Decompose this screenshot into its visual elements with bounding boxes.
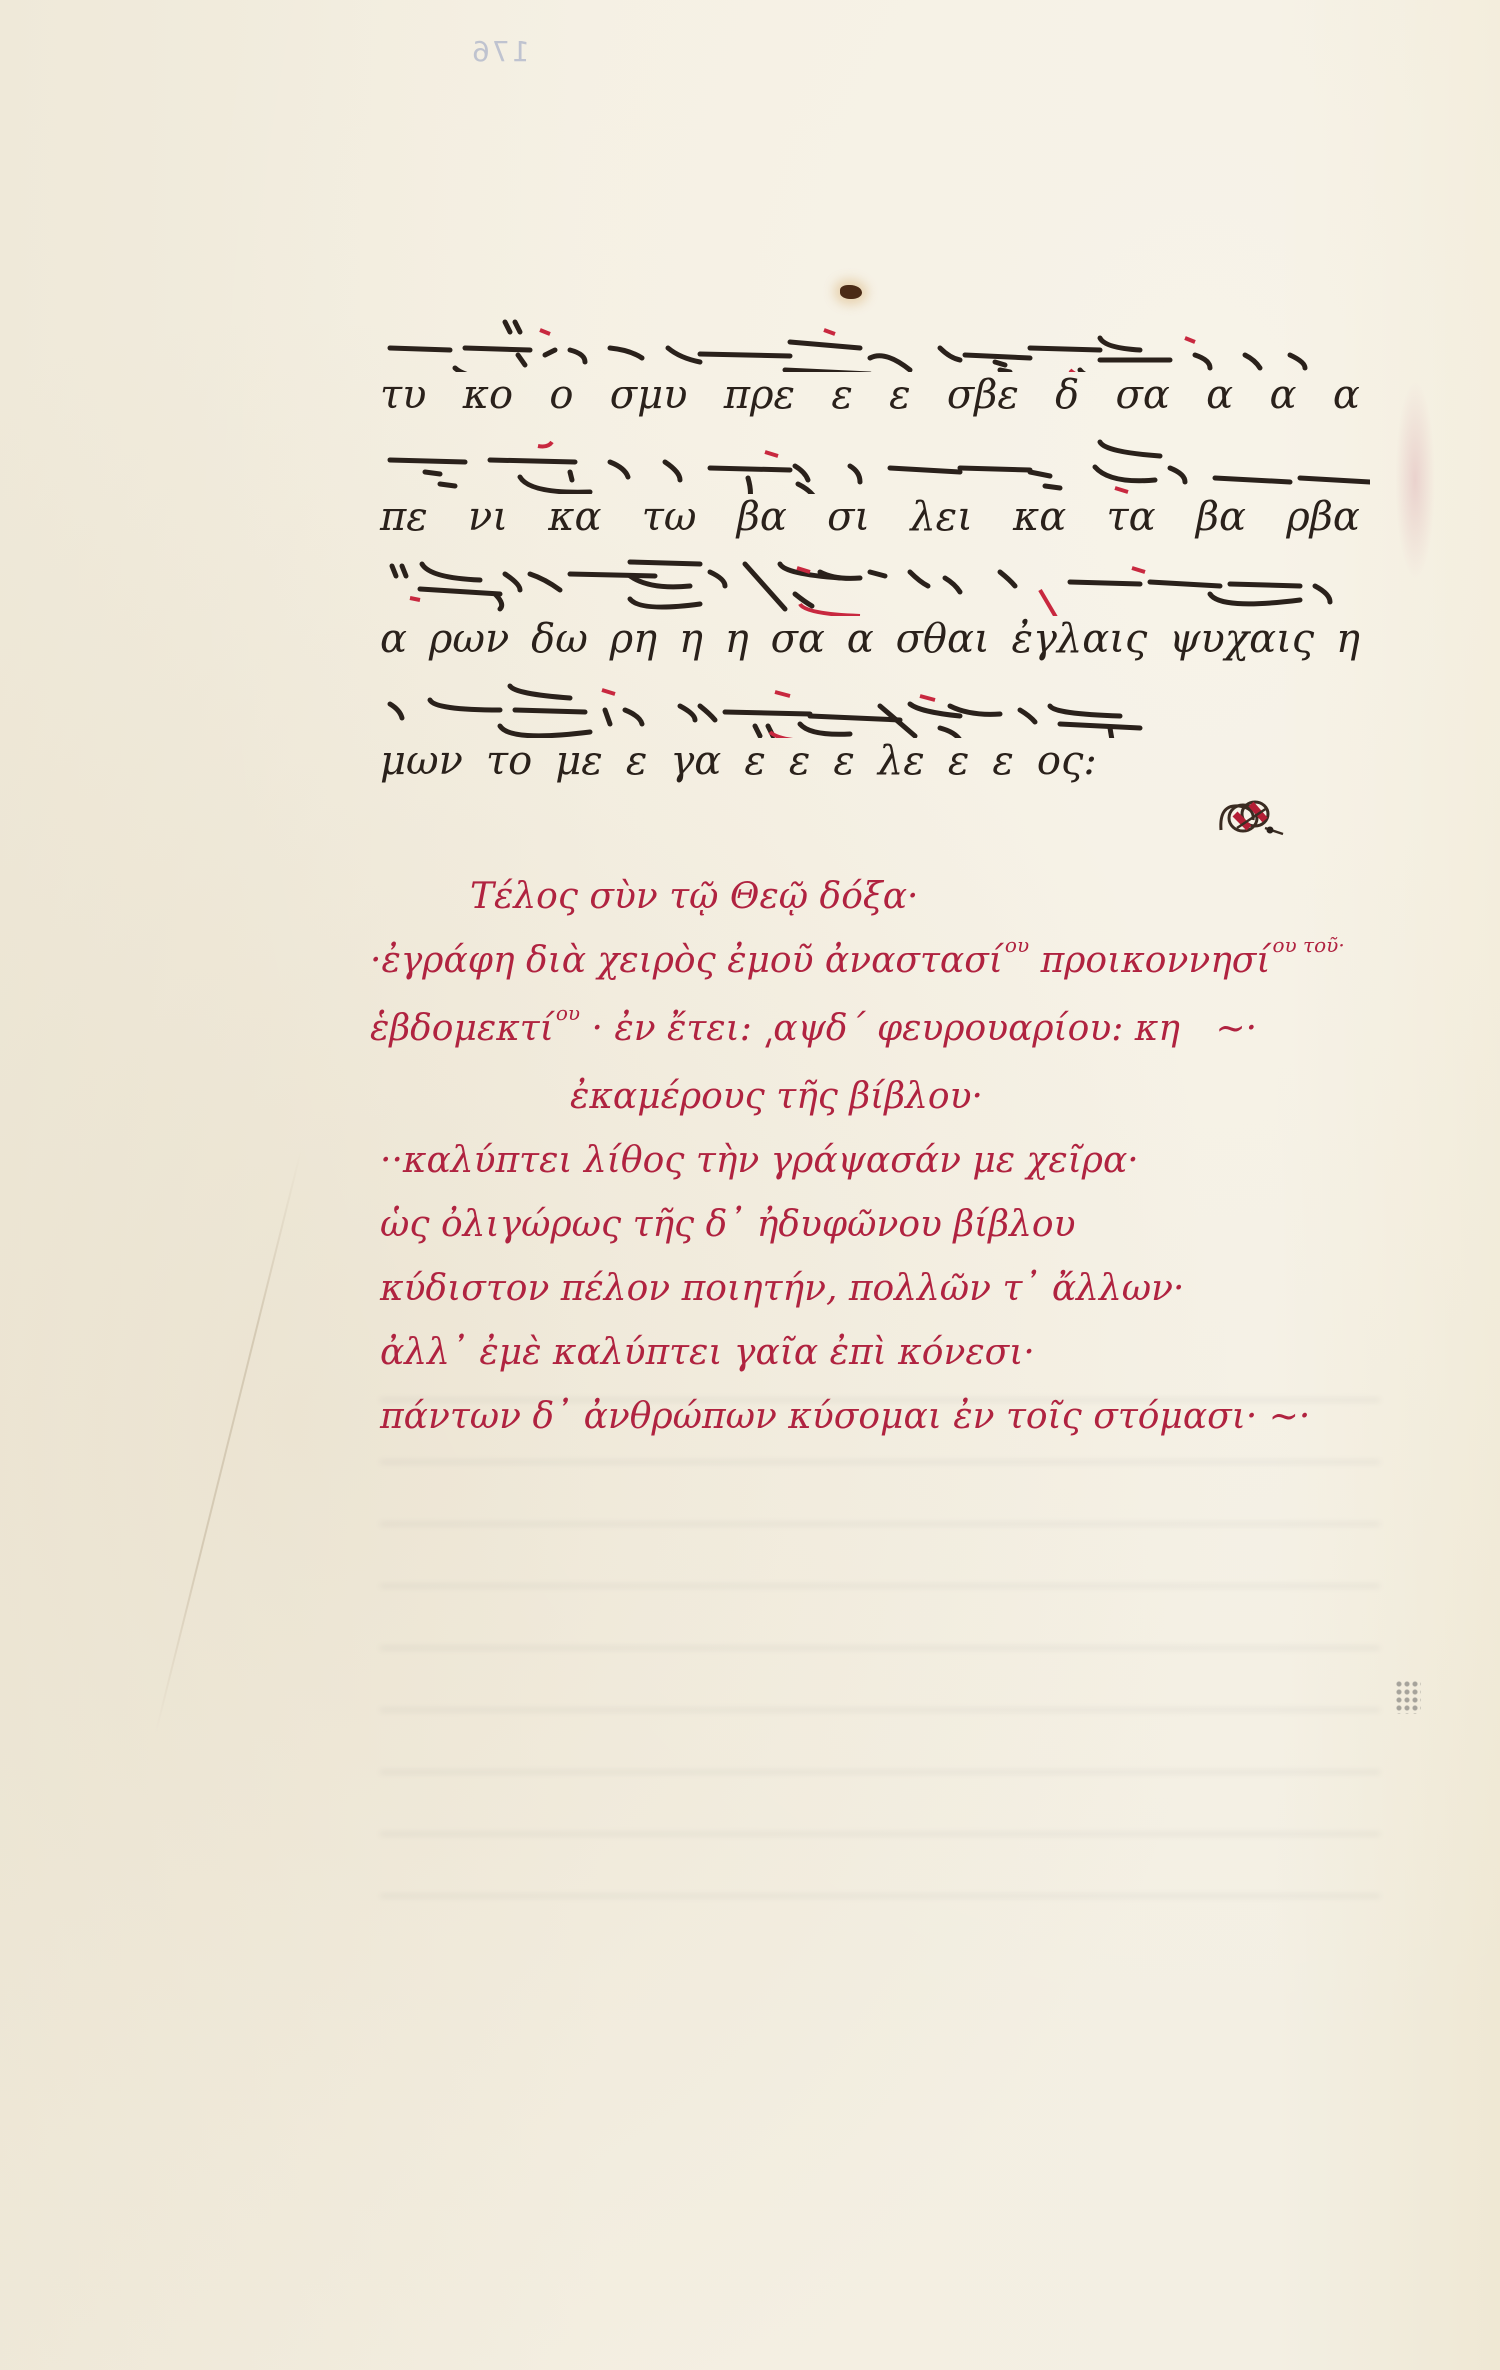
lyric-syllable: δω [531,616,588,676]
lyric-syllable: τω [642,494,697,554]
neume-row [380,676,1370,738]
lyric-syllable: α [1206,372,1233,432]
lyric-syllable: πε [380,494,428,554]
abbreviation-superscript: ου τοῦ· [1273,933,1345,957]
neumes-icon [380,310,1370,372]
lyric-syllable: βα [1196,494,1246,554]
colophon-text: ·ἐγράφη διὰ χειρὸς ἐμοῦ ἀναστασί [370,940,1003,981]
colophon-text: ἑβδομεκτί [370,1008,554,1049]
lyric-syllable: σθαι [896,616,990,676]
neume-row [380,432,1370,494]
colophon-line: ἐκαμέρους τῆς βίβλου· [370,1065,1420,1129]
lyric-syllable: ε [744,738,765,798]
manuscript-page: 176 [0,0,1500,2370]
lyric-syllable: α [847,616,874,676]
colophon-line: ἑβδομεκτίου · ἐν ἔτει: ͵αψδ΄ φευρουαρίου… [370,997,1420,1065]
abbreviation-superscript: ου [556,1001,580,1025]
lyric-syllable: γα [670,738,721,798]
lyric-syllable: ρβα [1286,494,1360,554]
lyric-syllable: τυ [380,372,426,432]
lyric-syllable: ο [549,372,573,432]
lyric-row: μων το με ε γα ε ε ε λε ε ε ος: [380,738,1370,798]
lyric-syllable: ρων [429,616,509,676]
lyric-syllable: η [1336,616,1360,676]
lyric-syllable: ε [889,372,910,432]
lyric-row: πε νι κα τω βα σι λει κα τα βα ρβα [380,494,1370,554]
lyric-syllable: ε [831,372,852,432]
lyric-syllable: σι [827,494,870,554]
music-system-2: πε νι κα τω βα σι λει κα τα βα ρβα [380,432,1370,554]
lyric-syllable: σα [1116,372,1170,432]
lyric-syllable: το [486,738,532,798]
lyric-syllable: βα [737,494,787,554]
colophon-date: · ἐν ἔτει: ͵αψδ΄ φευρουαρίου: κη [592,1008,1180,1049]
lyric-syllable: ρη [610,616,657,676]
lyric-syllable: α [380,616,407,676]
lyric-syllable: με [555,738,602,798]
lyric-syllable: κα [548,494,601,554]
neumes-icon [380,676,1370,738]
paper-crease [155,1150,302,1733]
end-flourish: ~· [1215,1008,1257,1049]
lyric-syllable: λει [910,494,973,554]
colophon: Τέλος σὺν τῷ Θεῷ δόξα· ·ἐγράφη διὰ χειρὸ… [370,865,1420,1449]
lyric-syllable: ψυχαις [1169,616,1314,676]
knot-ornament-icon [1215,790,1285,840]
foxing-spot [1395,1680,1421,1714]
ink-stain [840,285,862,299]
lyric-syllable: η [725,616,749,676]
music-system-4: μων το με ε γα ε ε ε λε ε ε ος: [380,676,1370,798]
lyric-syllable: κο [463,372,513,432]
verse-line: κύδιστον πέλον ποιητήν, πολλῶν τ᾽ ἄλλων· [370,1257,1420,1321]
colophon-line: ·ἐγράφη διὰ χειρὸς ἐμοῦ ἀναστασίου προικ… [370,929,1420,997]
lyric-syllable: ε [626,738,647,798]
lyric-syllable: ε [948,738,969,798]
verse-line: πάντων δ᾽ ἀνθρώπων κύσομαι ἐν τοῖς στόμα… [370,1385,1420,1449]
folio-number: 176 [470,35,529,68]
lyric-row: α ρων δω ρη η η σα α σθαι ἐγλαις ψυχαις … [380,616,1370,676]
lyric-syllable: ε [992,738,1013,798]
lyric-syllable: σβε [947,372,1019,432]
lyric-syllable: ος: [1037,738,1097,798]
neume-row [380,310,1370,372]
lyric-syllable: σμυ [610,372,688,432]
music-system-1: τυ κο ο σμυ πρε ε ε σβε δ σα α α α [380,310,1370,432]
lyric-syllable: α [1333,372,1360,432]
abbreviation-superscript: ου [1005,933,1029,957]
colophon-title: Τέλος σὺν τῷ Θεῷ δόξα· [370,865,1420,929]
lyric-syllable: λε [878,738,925,798]
verse-line: ὡς ὀλιγώρως τῆς δ᾽ ἠδυφῶνου βίβλου [370,1193,1420,1257]
colophon-text: προικοννησί [1041,940,1271,981]
lyric-syllable: ἐγλαις [1011,616,1147,676]
lyric-syllable: πρε [724,372,795,432]
bleed-through-red-initial [1395,380,1435,580]
lyric-syllable: α [1269,372,1296,432]
lyric-row: τυ κο ο σμυ πρε ε ε σβε δ σα α α α [380,372,1370,432]
neumes-icon [380,432,1370,494]
verse-line: ··καλύπτει λίθος τὴν γράψασάν με χεῖρα· [370,1129,1420,1193]
lyric-syllable: μων [380,738,463,798]
verse-line: ἀλλ᾽ ἐμὲ καλύπτει γαῖα ἐπὶ κόνεσι· [370,1321,1420,1385]
lyric-syllable: η [679,616,703,676]
lyric-syllable: νι [468,494,508,554]
lyric-syllable: δ [1055,372,1079,432]
lyric-syllable: σα [771,616,825,676]
lyric-syllable: ε [789,738,810,798]
music-system-3: α ρων δω ρη η η σα α σθαι ἐγλαις ψυχαις … [380,554,1370,676]
lyric-syllable: κα [1013,494,1066,554]
neumatic-notation-block: τυ κο ο σμυ πρε ε ε σβε δ σα α α α [380,310,1370,798]
neume-row [380,554,1370,616]
neumes-icon [380,554,1370,616]
lyric-syllable: ε [833,738,854,798]
lyric-syllable: τα [1107,494,1156,554]
